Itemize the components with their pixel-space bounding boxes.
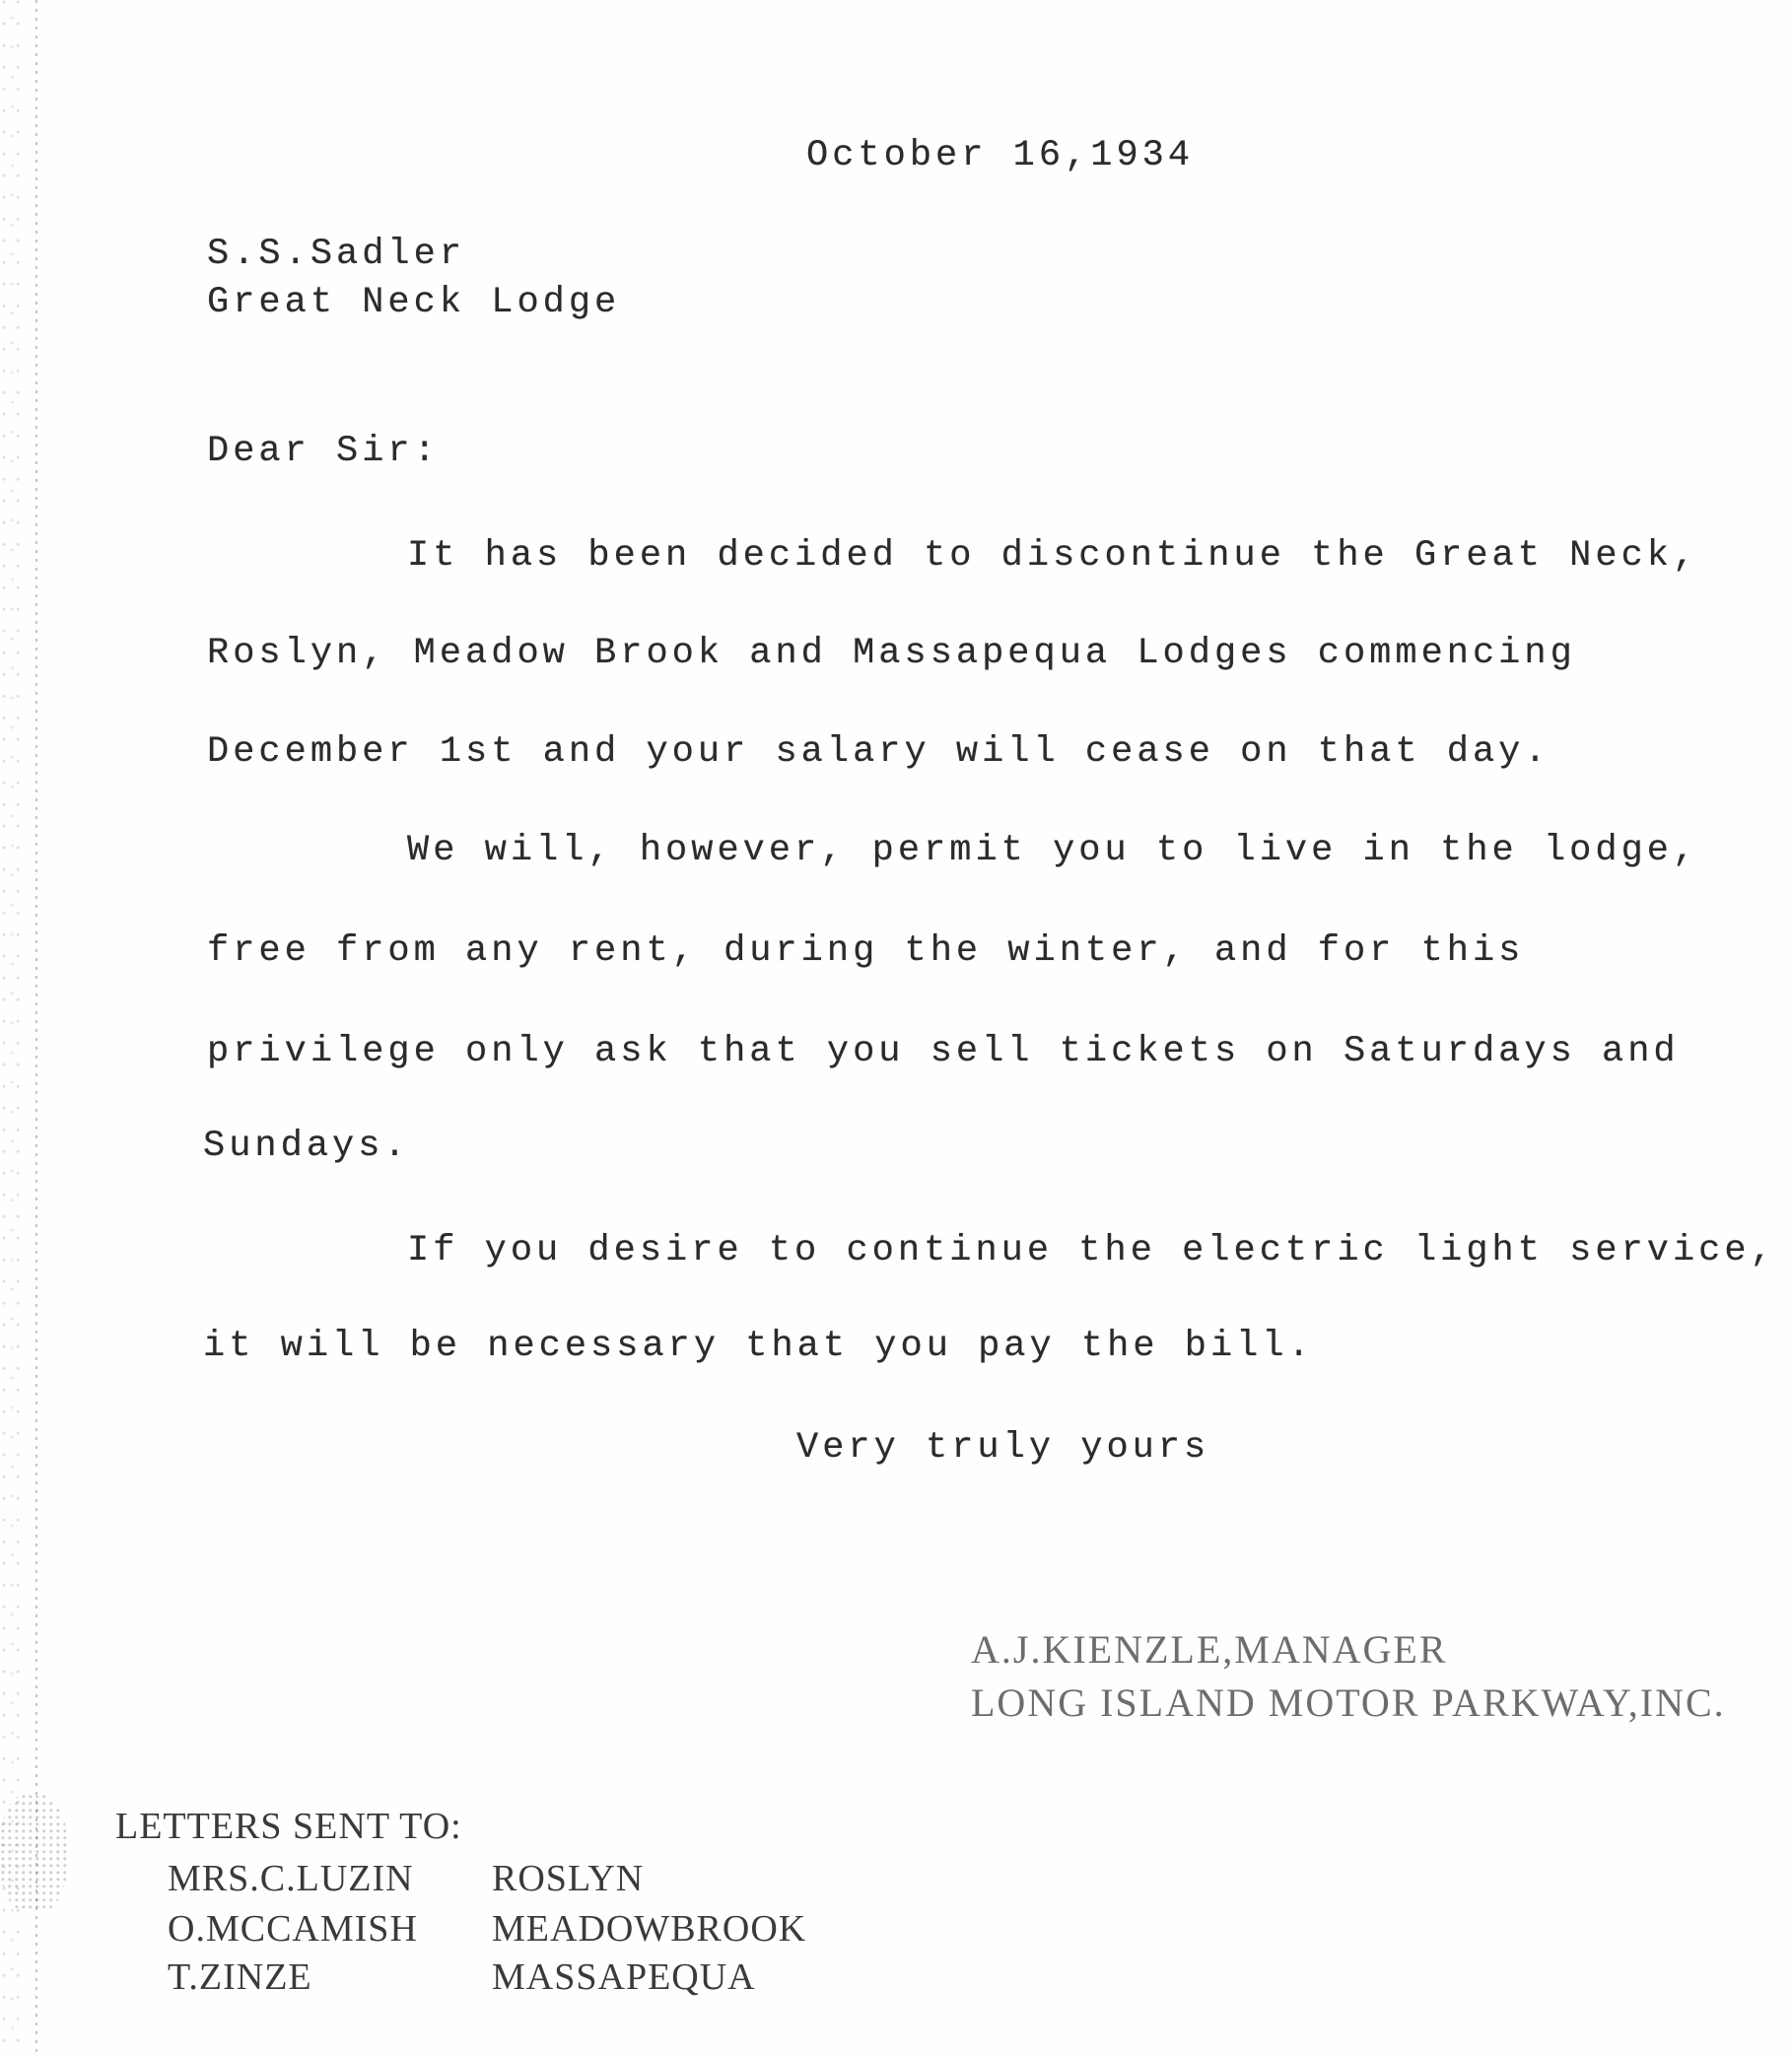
paragraph-line: It has been decided to discontinue the G… bbox=[407, 538, 1698, 575]
paragraph-line: We will, however, permit you to live in … bbox=[407, 833, 1698, 869]
salutation: Dear Sir: bbox=[207, 434, 440, 470]
paragraph-line: Roslyn, Meadow Brook and Massapequa Lodg… bbox=[207, 636, 1576, 672]
distribution-recipient-location: MEADOWBROOK bbox=[492, 1910, 806, 1948]
signature-name-title: A.J.KIENZLE,MANAGER bbox=[971, 1630, 1448, 1670]
scan-blot bbox=[0, 1794, 67, 1912]
recipient-location: Great Neck Lodge bbox=[207, 285, 620, 321]
scan-edge-line bbox=[35, 0, 37, 2056]
scan-edge-speckle bbox=[0, 0, 28, 2056]
paragraph-line: privilege only ask that you sell tickets… bbox=[207, 1034, 1680, 1070]
paragraph-line: it will be necessary that you pay the bi… bbox=[203, 1329, 1314, 1365]
letter-page: October 16,1934 S.S.Sadler Great Neck Lo… bbox=[0, 0, 1792, 2056]
distribution-recipient-name: T.ZINZE bbox=[168, 1958, 312, 1996]
signature-company: LONG ISLAND MOTOR PARKWAY,INC. bbox=[971, 1683, 1726, 1723]
closing: Very truly yours bbox=[796, 1430, 1209, 1467]
paragraph-line: Sundays. bbox=[203, 1129, 410, 1165]
distribution-recipient-name: MRS.C.LUZIN bbox=[168, 1860, 414, 1897]
letter-date: October 16,1934 bbox=[806, 138, 1194, 174]
paragraph-line: If you desire to continue the electric l… bbox=[407, 1233, 1776, 1269]
distribution-recipient-location: ROSLYN bbox=[492, 1860, 644, 1897]
paragraph-line: December 1st and your salary will cease … bbox=[207, 734, 1551, 771]
distribution-recipient-location: MASSAPEQUA bbox=[492, 1958, 756, 1996]
paragraph-line: free from any rent, during the winter, a… bbox=[207, 933, 1524, 970]
distribution-heading: LETTERS SENT TO: bbox=[115, 1808, 462, 1845]
recipient-name: S.S.Sadler bbox=[207, 237, 465, 273]
distribution-recipient-name: O.MCCAMISH bbox=[168, 1910, 418, 1948]
